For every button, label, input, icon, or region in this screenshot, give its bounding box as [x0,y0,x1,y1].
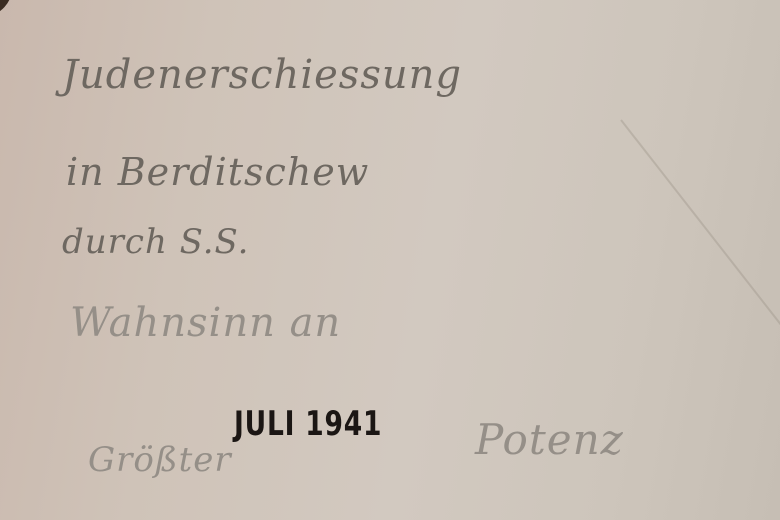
corner-shadow [0,0,17,25]
handwriting-line-1: Judenerschiessung [62,52,462,98]
handwriting-line-3: durch S.S. [62,222,249,262]
handwriting-line-5-left: Größter [88,440,232,480]
date-stamp: JULI 1941 [234,404,382,444]
photo-back-paper: Judenerschiessung in Berditschew durch S… [0,0,780,520]
paper-crease [620,119,780,325]
handwriting-line-4: Wahnsinn an [70,300,341,346]
handwriting-line-2: in Berditschew [66,150,369,194]
handwriting-line-5-right: Potenz [475,415,624,464]
